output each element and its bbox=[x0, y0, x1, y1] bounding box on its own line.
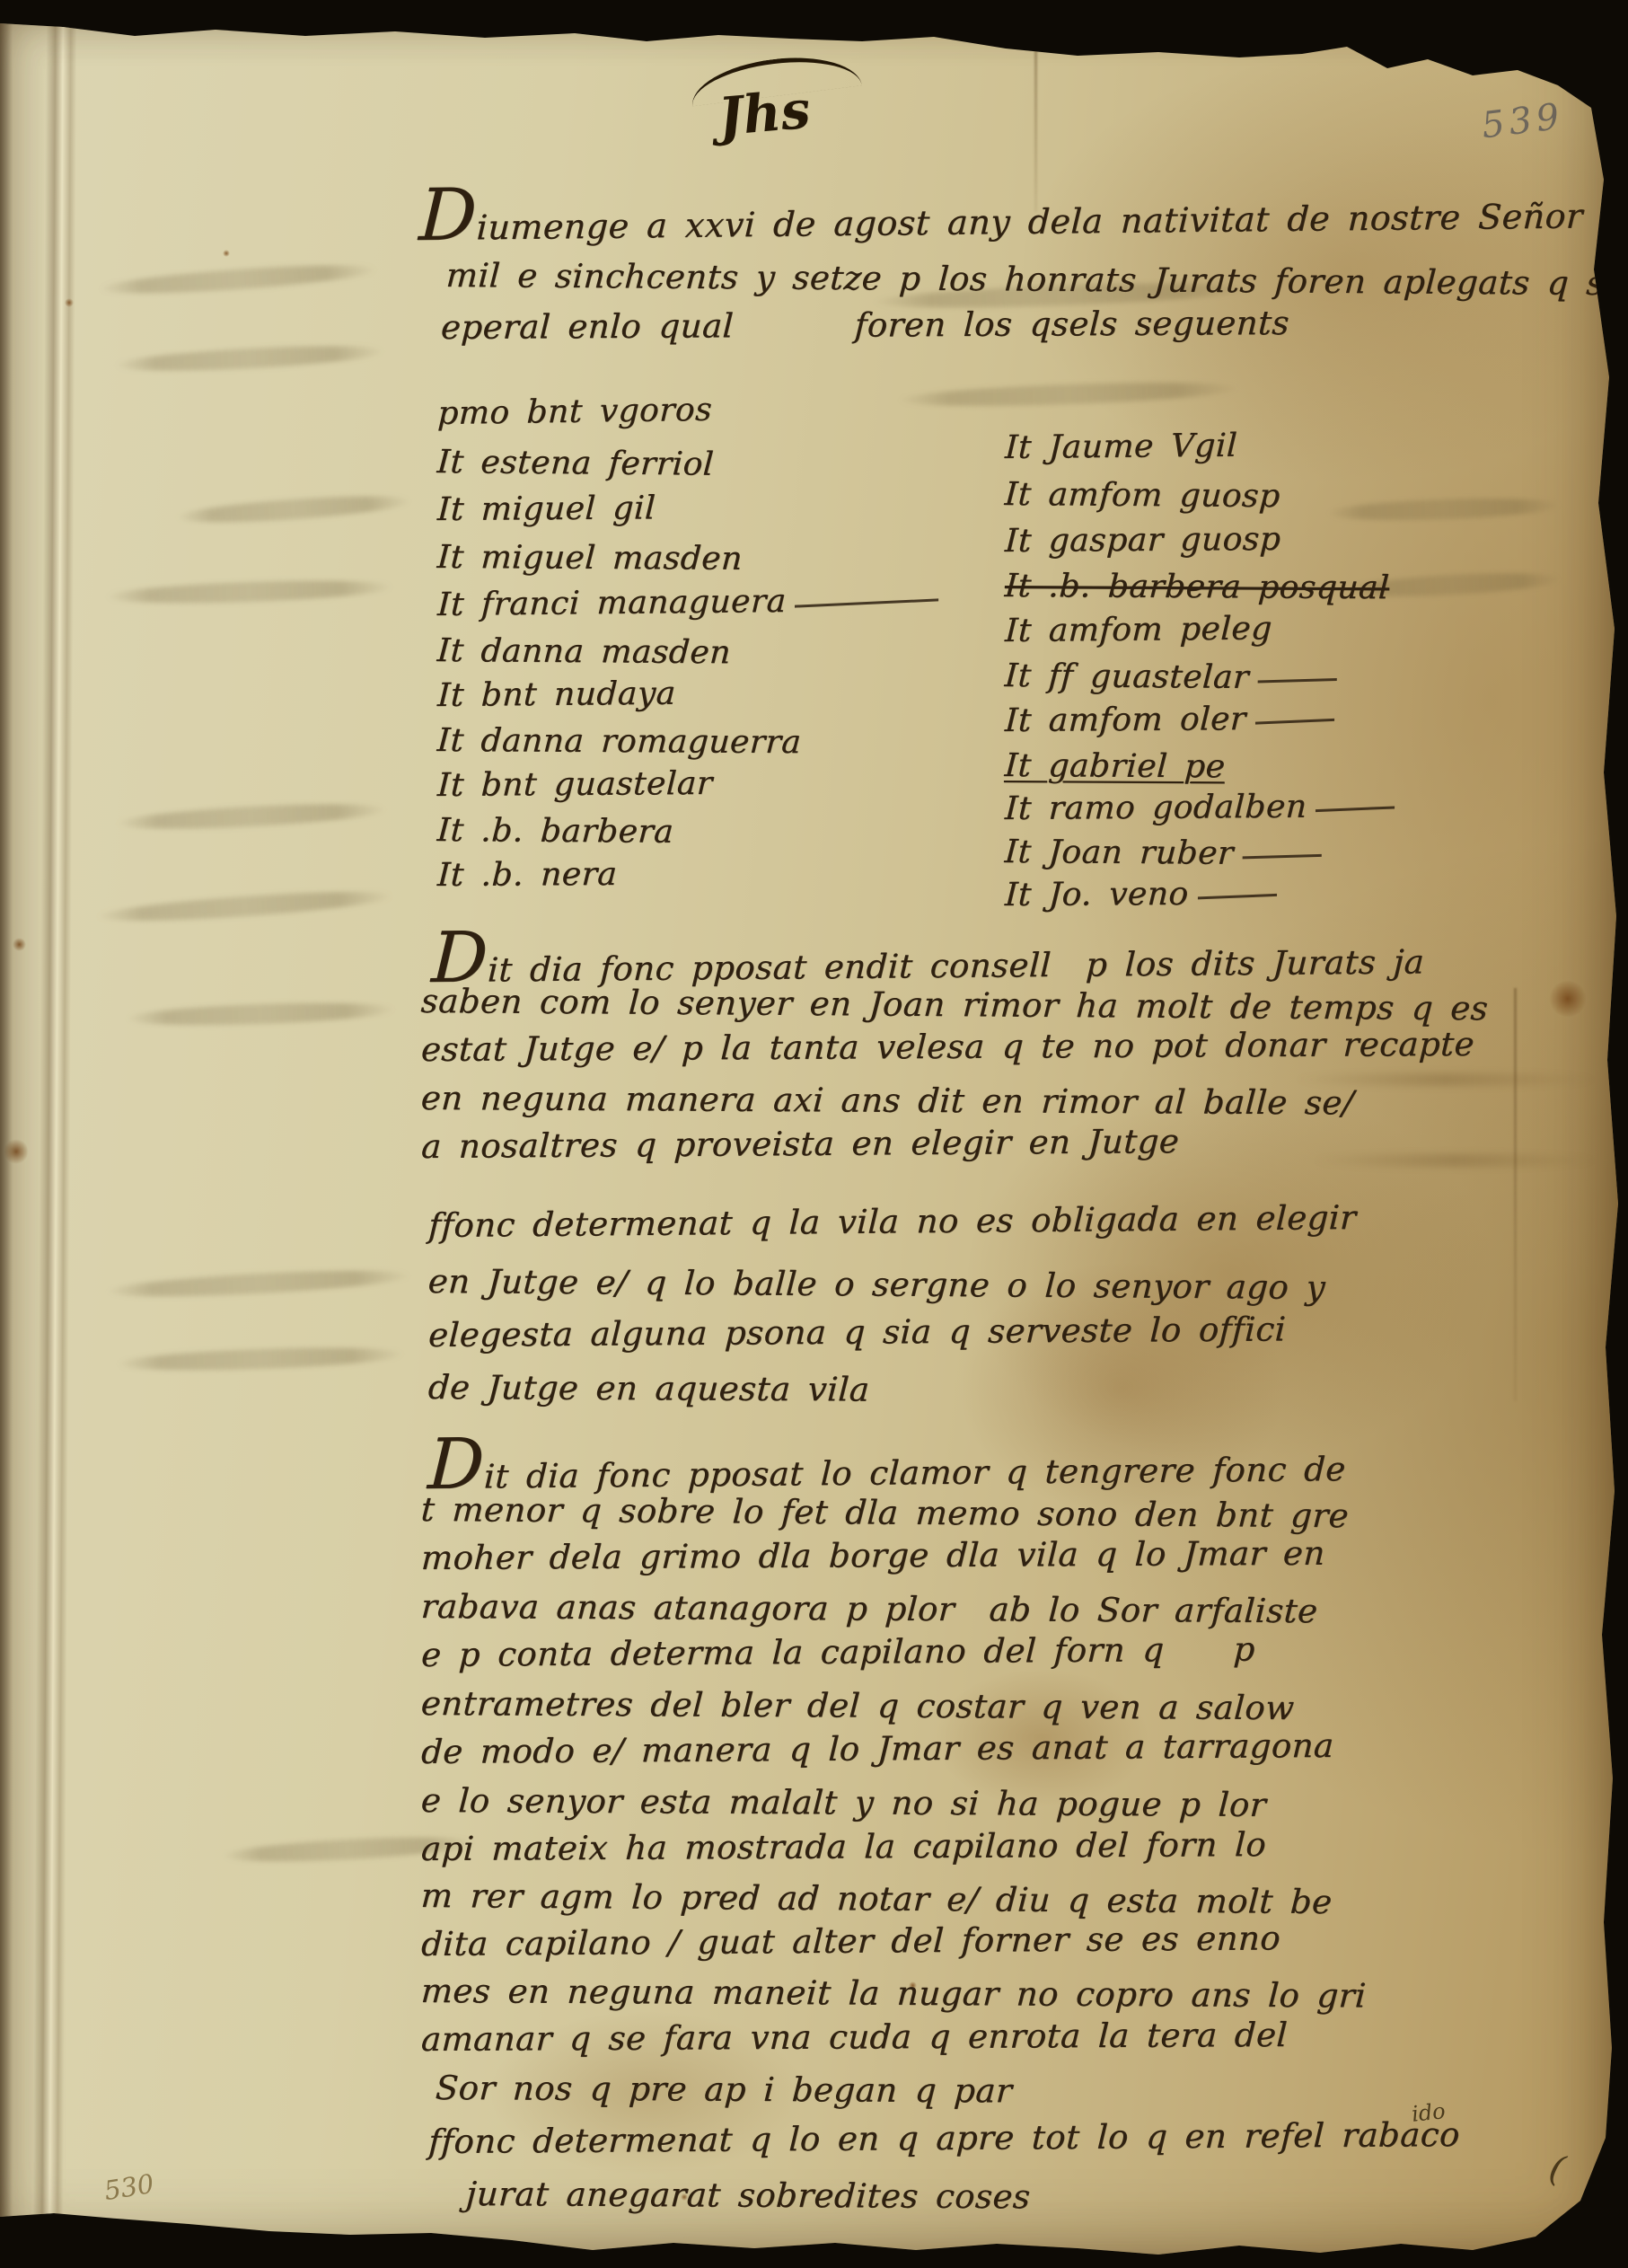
binding-gutter-crease bbox=[32, 0, 76, 2268]
manuscript-line: Diumenge a xxvi de agost any dela nativi… bbox=[418, 177, 1628, 246]
attendee-name: It danna masden bbox=[436, 634, 732, 670]
manuscript-line: rabava anas atanagora p plor ab lo Sor a… bbox=[420, 1590, 1319, 1629]
bleedthrough-streak bbox=[99, 260, 378, 299]
manuscript-line: api mateix ha mostrada la capilano del f… bbox=[420, 1828, 1267, 1867]
attendee-name: It .b. barbera posqual bbox=[1004, 569, 1390, 605]
attendee-name: pmo bnt vgoros bbox=[437, 393, 713, 431]
stain-spot bbox=[1548, 981, 1588, 1017]
attendee-name: It miguel gil bbox=[436, 491, 656, 527]
attendee-name: It .b. nera bbox=[436, 858, 618, 893]
archive-photo: { "page": { "monogram": "Jhs", "folio_pe… bbox=[0, 0, 1628, 2268]
bleedthrough-streak bbox=[97, 887, 394, 927]
stray-ink-mark: ido bbox=[1411, 2098, 1447, 2127]
manuscript-line: estat Jutge e/ p la tanta velesa q te no… bbox=[420, 1028, 1475, 1068]
manuscript-line: jurat anegarat sobredites coses bbox=[465, 2177, 1032, 2215]
attendee-name: It miguel masden bbox=[436, 541, 744, 577]
manuscript-line: e lo senyor esta malalt y no si ha pogue… bbox=[420, 1784, 1267, 1823]
bleedthrough-streak bbox=[117, 1344, 405, 1373]
folio-number-ink: 530 bbox=[102, 2168, 156, 2206]
manuscript-line: Sor nos q pre ap i began q par bbox=[435, 2071, 1014, 2109]
bleedthrough-streak bbox=[115, 341, 385, 375]
attendee-name: It amfom peleg bbox=[1004, 612, 1272, 648]
manuscript-line: mil e sinchcents y setze p los honrats J… bbox=[445, 259, 1625, 302]
fox-spot bbox=[223, 250, 230, 257]
folio-number-pencil: 539 bbox=[1480, 96, 1566, 147]
manuscript-line: saben com lo senyer en Joan rimor ha mol… bbox=[420, 984, 1490, 1027]
attendee-name: It ramo godalben bbox=[1004, 790, 1395, 826]
attendee-name: It bnt guastelar bbox=[436, 767, 713, 803]
manuscript-line: t menor q sobre lo fet dla memo sono den… bbox=[420, 1493, 1350, 1534]
bleedthrough-streak bbox=[898, 378, 1240, 410]
manuscript-line: amanar q se fara vna cuda q enrota la te… bbox=[420, 2018, 1288, 2058]
attendee-name: It gabriel pe bbox=[1004, 749, 1227, 784]
attendee-name: It bnt nudaya bbox=[436, 677, 676, 713]
burnt-top-edge bbox=[862, 0, 1473, 79]
attendee-name: It Joan ruber bbox=[1004, 835, 1323, 871]
bleedthrough-streak bbox=[106, 577, 394, 606]
manuscript-line: de Jutge en aquesta vila bbox=[427, 1371, 871, 1408]
right-crease bbox=[1514, 988, 1517, 1401]
attendee-name: It Jo. veno bbox=[1004, 877, 1277, 912]
manuscript-line: de modo e/ manera q lo Jmar es anat a ta… bbox=[420, 1729, 1334, 1770]
manuscript-line: dita capilano / guat alter del forner se… bbox=[420, 1921, 1281, 1963]
manuscript-line: e p conta determa la capilano del forn q… bbox=[420, 1633, 1255, 1673]
manuscript-line: eperal enlo qual foren los qsels seguent… bbox=[440, 306, 1290, 346]
manuscript-line: moher dela grimo dla borge dla vila q lo… bbox=[420, 1537, 1325, 1576]
attendee-name: It danna romaguerra bbox=[436, 724, 803, 760]
bleedthrough-streak bbox=[176, 491, 412, 527]
manuscript-line: m rer agm lo pred ad notar e/ diu q esta… bbox=[420, 1879, 1333, 1920]
attendee-name: It Jaume Vgil bbox=[1004, 429, 1237, 465]
wrinkle bbox=[1311, 1154, 1598, 1167]
ink-blot bbox=[4, 1139, 29, 1164]
manuscript-line: a nosaltres q proveista en elegir en Jut… bbox=[420, 1125, 1180, 1165]
stray-ink-mark: ( bbox=[1545, 2148, 1569, 2191]
manuscript-line: en neguna manera axi ans dit en rimor al… bbox=[420, 1081, 1355, 1121]
attendee-name: It amfom oler bbox=[1004, 702, 1334, 737]
attendee-name: It .b. barbera bbox=[436, 814, 674, 850]
manuscript-line: elegesta alguna psona q sia q serveste l… bbox=[427, 1312, 1287, 1354]
fox-spot bbox=[65, 298, 74, 307]
attendee-name: It estena ferriol bbox=[436, 446, 715, 481]
attendee-name: It ff guastelar bbox=[1004, 659, 1338, 695]
bleedthrough-streak bbox=[117, 799, 387, 834]
attendee-name: It franci managuera bbox=[436, 583, 939, 622]
bleedthrough-streak bbox=[126, 1000, 396, 1028]
manuscript-line: Dit dia fonc pposat lo clamor q tengrere… bbox=[427, 1433, 1347, 1496]
attendee-name: It amfom guosp bbox=[1004, 478, 1281, 514]
ihs-monogram: Jhs bbox=[716, 79, 813, 148]
manuscript-line: en Jutge e/ q lo balle o sergne o lo sen… bbox=[427, 1265, 1326, 1306]
gutter-shadow bbox=[0, 0, 13, 2268]
bleedthrough-streak bbox=[106, 1266, 412, 1302]
manuscript-line: ffonc determenat q lo en q apre tot lo q… bbox=[427, 2118, 1460, 2160]
bleedthrough-streak bbox=[1327, 495, 1562, 523]
manuscript-page: Jhs 539 Diumenge a xxvi de agost any del… bbox=[0, 0, 1628, 2268]
fox-spot bbox=[13, 938, 26, 951]
manuscript-line: mes en neguna maneit la nugar no copro a… bbox=[420, 1974, 1368, 2014]
manuscript-line: entrametres del bler del q costar q ven … bbox=[420, 1687, 1296, 1726]
manuscript-line: ffonc determenat q la vila no es obligad… bbox=[427, 1201, 1357, 1244]
attendee-name: It gaspar guosp bbox=[1004, 523, 1281, 559]
manuscript-line: Dit dia fonc pposat endit consell p los … bbox=[430, 925, 1426, 989]
